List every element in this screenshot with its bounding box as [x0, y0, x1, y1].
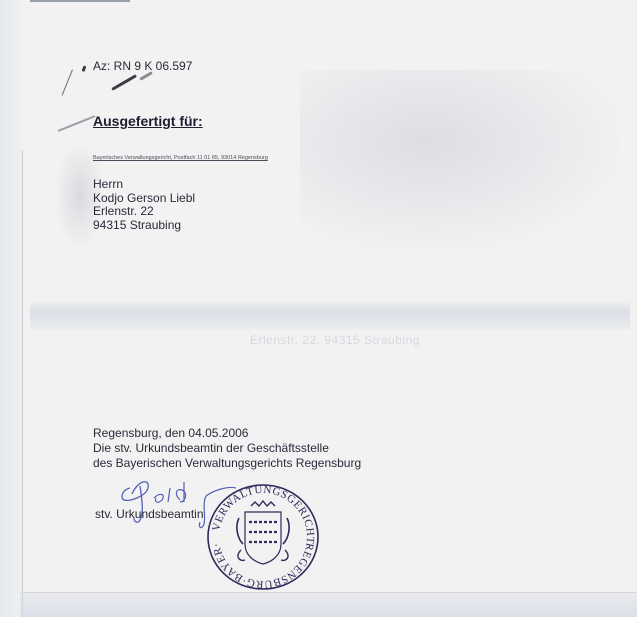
recipient-street: Erlenstr. 22	[93, 205, 195, 219]
official-seal: VERWALTUNGSGERICHT· REGENSBURG·BAYER·	[205, 482, 321, 592]
closing-line-3: des Bayerischen Verwaltungsgerichts Rege…	[93, 456, 361, 471]
scan-top-edge	[30, 0, 130, 2]
pen-mark	[62, 69, 73, 95]
pen-mark	[111, 74, 137, 91]
seal-text-top: VERWALTUNGSGERICHT·	[210, 484, 316, 550]
svg-text:VERWALTUNGSGERICHT·: VERWALTUNGSGERICHT·	[210, 484, 316, 550]
coat-of-arms-icon	[237, 501, 289, 564]
document-heading: Ausgefertigt für:	[93, 113, 203, 129]
fold-line	[22, 150, 23, 617]
sender-line: Bayerisches Verwaltungsgericht, Postfach…	[93, 155, 268, 161]
svg-text:REGENSBURG·BAYER·: REGENSBURG·BAYER·	[210, 542, 315, 590]
closing-block: Regensburg, den 04.05.2006 Die stv. Urku…	[93, 426, 361, 471]
closing-line-2: Die stv. Urkundsbeamtin der Geschäftsste…	[93, 441, 361, 456]
scanned-document: Erlenstr. 22, 94315 Straubing Az: RN 9 K…	[0, 0, 637, 617]
bleed-through-text: Erlenstr. 22, 94315 Straubing	[250, 333, 420, 347]
recipient-address: Herrn Kodjo Gerson Liebl Erlenstr. 22 94…	[93, 178, 195, 232]
scan-smudge	[300, 70, 620, 250]
place-date: Regensburg, den 04.05.2006	[93, 426, 361, 441]
reference-number: Az: RN 9 K 06.597	[93, 59, 192, 73]
recipient-salutation: Herrn	[93, 178, 195, 192]
fold-shadow	[30, 300, 630, 330]
recipient-name: Kodjo Gerson Liebl	[93, 192, 195, 206]
seal-text-bottom: REGENSBURG·BAYER·	[210, 542, 315, 590]
scan-edge	[0, 0, 22, 617]
bottom-fold-shadow	[20, 592, 637, 617]
pen-mark	[82, 65, 87, 72]
pen-mark	[58, 115, 96, 132]
recipient-city: 94315 Straubing	[93, 219, 195, 233]
